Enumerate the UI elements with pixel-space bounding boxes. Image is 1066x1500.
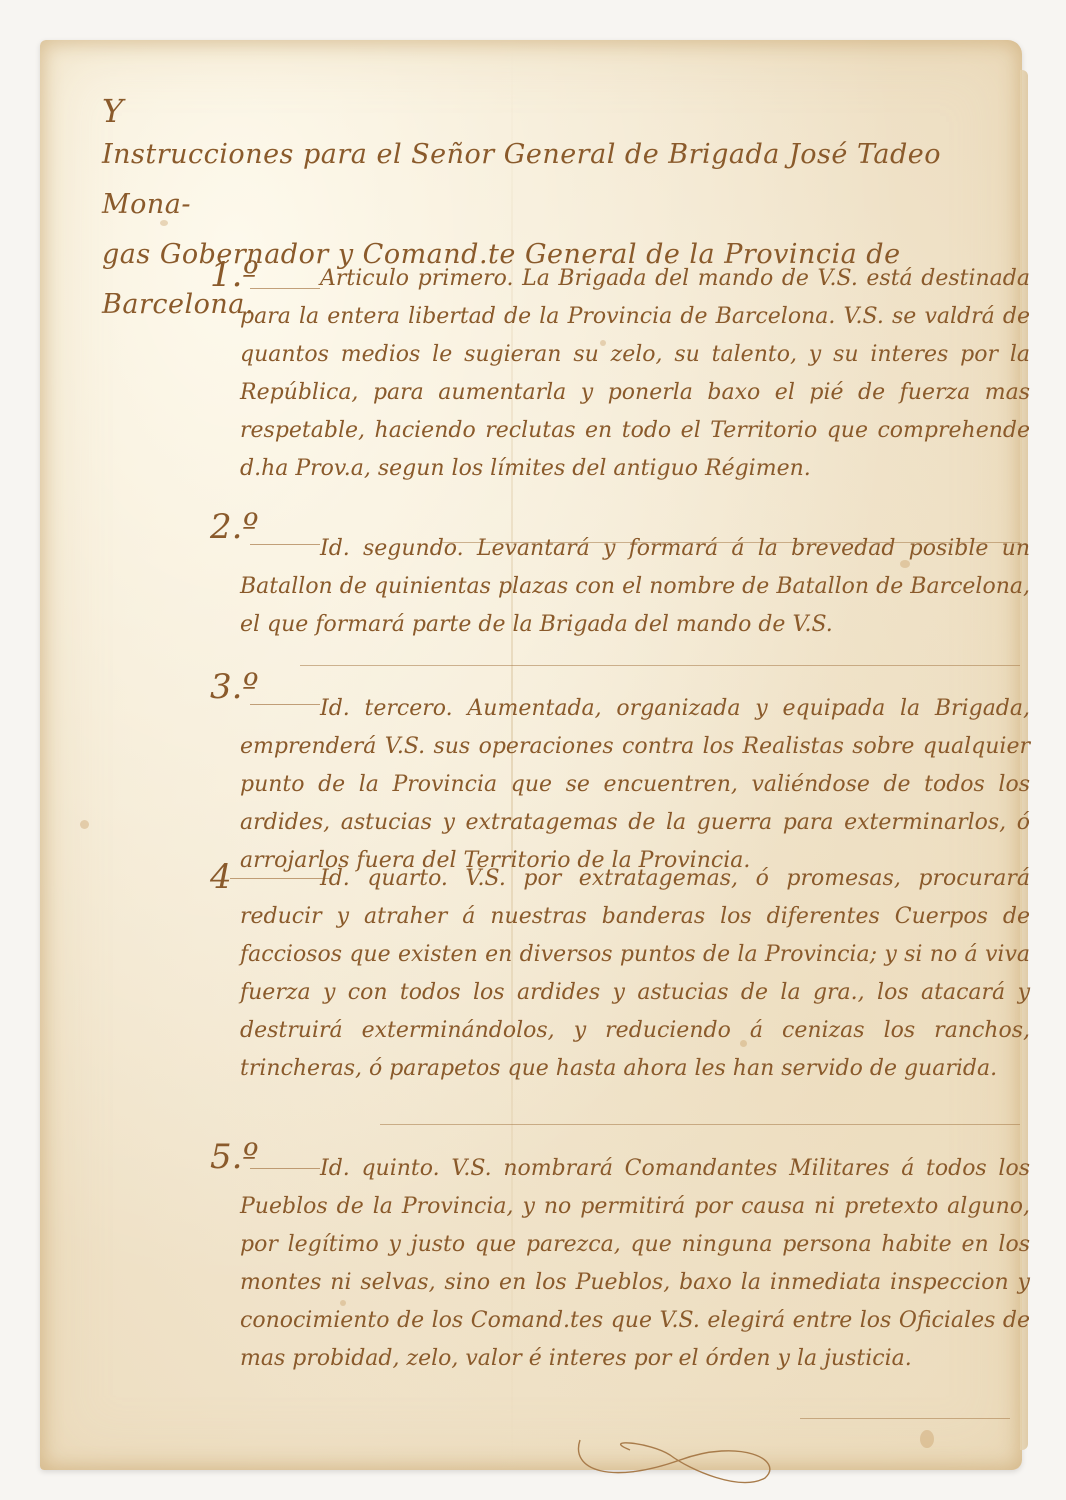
article-text: Id. segundo. Levantará y formará á la br…: [240, 530, 1030, 644]
article-end-rule: [300, 665, 1020, 666]
heading-lead: Y: [102, 86, 124, 136]
closing-flourish-icon: [570, 1430, 790, 1490]
foxing-spot: [920, 1430, 934, 1448]
article-text: Id. quarto. V.S. por extratagemas, ó pro…: [240, 860, 1030, 1088]
article-text: Id. tercero. Aumentada, organizada y equ…: [240, 690, 1030, 880]
article-end-rule: [380, 1124, 1020, 1125]
foxing-spot: [80, 820, 89, 829]
manuscript-page: Y Instrucciones para el Señor General de…: [40, 40, 1022, 1470]
article-text: Id. quinto. V.S. nombrará Comandantes Mi…: [240, 1150, 1030, 1378]
article-text: Articulo primero. La Brigada del mando d…: [240, 260, 1030, 488]
heading-line-1: Instrucciones para el Señor General de B…: [102, 130, 1022, 230]
article-end-rule: [800, 1418, 1010, 1419]
article-numeral: 4: [210, 860, 232, 894]
